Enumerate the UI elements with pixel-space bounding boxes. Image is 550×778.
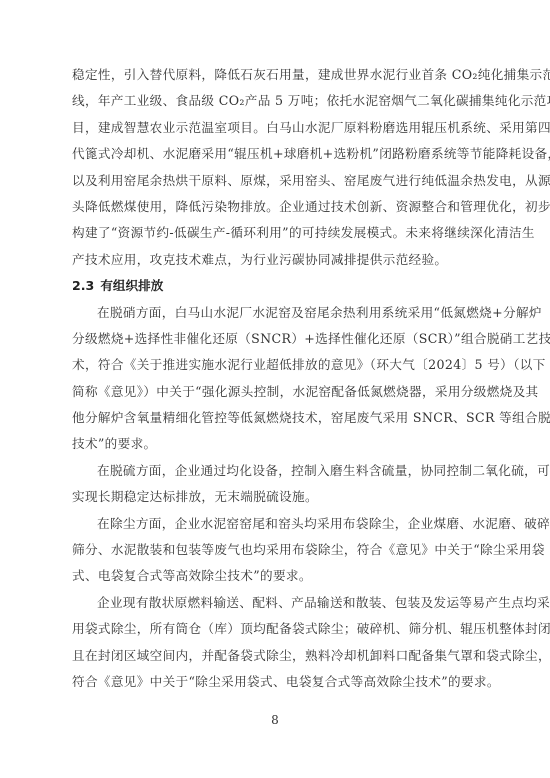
text-line: 技术”的要求。 <box>72 431 480 457</box>
page-content: 稳定性，引入替代原料，降低石灰石用量，建成世界水泥行业首条 CO₂纯化捕集示范 … <box>72 62 480 695</box>
paragraph-fugitive-sources: 企业现有散状原燃料输送、配料、产品输送和散装、包装及发运等易产生点均采 用袋式除… <box>72 590 480 696</box>
text-line: 分级燃烧+选择性非催化还原（SNCR）+选择性催化还原（SCR）”组合脱硝工艺技 <box>72 326 480 352</box>
text-line: 以及利用窑尾余热烘干原料、原煤，采用窑头、窑尾废气进行纯低温余热发电，从源 <box>72 168 480 194</box>
text-line: 目，建成智慧农业示范温室项目。白马山水泥厂原料粉磨选用辊压机系统、采用第四 <box>72 115 480 141</box>
text-line: 企业现有散状原燃料输送、配料、产品输送和散装、包装及发运等易产生点均采 <box>72 590 480 616</box>
text-line: 代篦式冷却机、水泥磨采用“辊压机+球磨机+选粉机”闭路粉磨系统等节能降耗设备， <box>72 141 480 167</box>
text-line: 符合《意见》中关于“除尘采用袋式、电袋复合式等高效除尘技术”的要求。 <box>72 669 480 695</box>
section-title: 有组织排放 <box>100 278 163 293</box>
text-line: 稳定性，引入替代原料，降低石灰石用量，建成世界水泥行业首条 CO₂纯化捕集示范 <box>72 62 480 88</box>
page-number: 8 <box>0 713 550 727</box>
document-page: 稳定性，引入替代原料，降低石灰石用量，建成世界水泥行业首条 CO₂纯化捕集示范 … <box>0 0 550 778</box>
text-line: 用袋式除尘，所有筒仓（库）顶均配备袋式除尘；破碎机、筛分机、辊压机整体封闭 <box>72 616 480 642</box>
paragraph-dust-removal: 在除尘方面，企业水泥窑窑尾和窑头均采用布袋除尘，企业煤磨、水泥磨、破碎、 筛分、… <box>72 511 480 590</box>
text-line: 线，年产工业级、食品级 CO₂产品 5 万吨；依托水泥窑烟气二氧化碳捕集纯化示范… <box>72 88 480 114</box>
text-line: 式、电袋复合式等高效除尘技术”的要求。 <box>72 563 480 589</box>
text-line: 在除尘方面，企业水泥窑窑尾和窑头均采用布袋除尘，企业煤磨、水泥磨、破碎、 <box>72 511 480 537</box>
text-line: 简称《意见》）中关于“强化源头控制，水泥窑配备低氮燃烧器，采用分级燃烧及其 <box>72 379 480 405</box>
text-line: 术，符合《关于推进实施水泥行业超低排放的意见》（环大气〔2024〕5 号）（以下 <box>72 352 480 378</box>
text-line: 且在封闭区域空间内，并配备袋式除尘，熟料冷却机卸料口配备集气罩和袋式除尘， <box>72 643 480 669</box>
text-line: 产技术应用，攻克技术难点，为行业污碳协同减排提供示范经验。 <box>72 247 480 273</box>
paragraph-denitrification: 在脱硝方面，白马山水泥厂水泥窑及窑尾余热利用系统采用“低氮燃烧+分解炉 分级燃烧… <box>72 300 480 458</box>
text-line: 筛分、水泥散装和包装等废气也均采用布袋除尘，符合《意见》中关于“除尘采用袋 <box>72 537 480 563</box>
text-line: 他分解炉含氧量精细化管控等低氮燃烧技术，窑尾废气采用 SNCR、SCR 等组合脱… <box>72 405 480 431</box>
section-heading: 2.3有组织排放 <box>72 273 480 299</box>
text-line: 在脱硫方面，企业通过均化设备，控制入磨生料含硫量，协同控制二氧化硫，可 <box>72 458 480 484</box>
text-line: 构建了“资源节约-低碳生产-循环利用”的可持续发展模式。未来将继续深化清洁生 <box>72 220 480 246</box>
text-line: 头降低燃煤使用，降低污染物排放。企业通过技术创新、资源整合和管理优化，初步 <box>72 194 480 220</box>
section-number: 2.3 <box>72 278 94 293</box>
text-line: 实现长期稳定达标排放，无末端脱硫设施。 <box>72 484 480 510</box>
paragraph-continuation: 稳定性，引入替代原料，降低石灰石用量，建成世界水泥行业首条 CO₂纯化捕集示范 … <box>72 62 480 273</box>
text-line: 在脱硝方面，白马山水泥厂水泥窑及窑尾余热利用系统采用“低氮燃烧+分解炉 <box>72 300 480 326</box>
paragraph-desulfurization: 在脱硫方面，企业通过均化设备，控制入磨生料含硫量，协同控制二氧化硫，可 实现长期… <box>72 458 480 511</box>
